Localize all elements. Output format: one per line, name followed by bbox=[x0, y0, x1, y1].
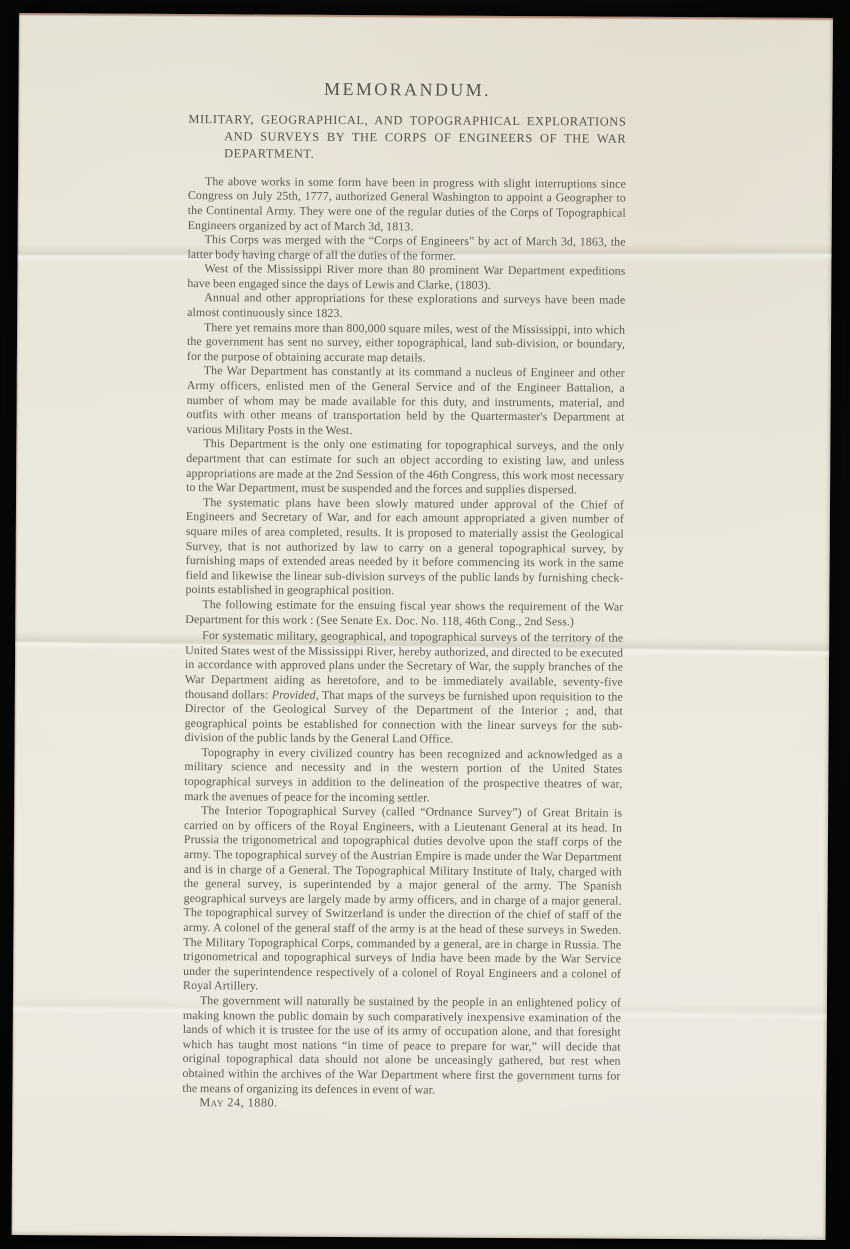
memo-paragraph-8: The systematic plans have been slowly ma… bbox=[185, 495, 624, 600]
memo-paragraph-7: This Department is the only one estimati… bbox=[186, 436, 624, 497]
memorandum-sheet: MEMORANDUM. MILITARY, GEOGRAPHICAL, AND … bbox=[12, 13, 833, 1240]
memo-paragraph-1: The above works in some form have been i… bbox=[188, 174, 626, 235]
memo-paragraph-5: There yet remains more than 800,000 squa… bbox=[187, 320, 625, 366]
memo-paragraph-11: Topography in every civilized country ha… bbox=[184, 745, 622, 806]
memo-subject-heading: MILITARY, GEOGRAPHICAL, AND TOPOGRAPHICA… bbox=[188, 111, 626, 164]
photo-backdrop: MEMORANDUM. MILITARY, GEOGRAPHICAL, AND … bbox=[0, 0, 850, 1249]
memo-paragraph-12: The Interior Topographical Survey (calle… bbox=[183, 803, 622, 995]
memo-paragraph-estimate: For systematic military, geographical, a… bbox=[185, 628, 624, 747]
provided-italic: Provided bbox=[272, 687, 316, 701]
memo-paragraph-6: The War Department has constantly at its… bbox=[186, 363, 624, 439]
memo-title: MEMORANDUM. bbox=[188, 77, 626, 102]
scan-photo: { "scan": { "background_color": "#0a0908… bbox=[0, 0, 850, 1249]
memo-paragraph-2: This Corps was merged with the “Corps of… bbox=[187, 232, 625, 264]
memo-date: May 24, 1880. bbox=[182, 1095, 620, 1112]
memo-paragraph-4: Annual and other appropriations for thes… bbox=[187, 291, 625, 323]
memo-paragraph-13: The government will naturally be sustain… bbox=[182, 993, 621, 1098]
memo-paragraph-3: West of the Mississippi River more than … bbox=[187, 261, 625, 293]
memo-paragraph-9: The following estimate for the ensuing f… bbox=[185, 597, 623, 629]
memo-content: MEMORANDUM. MILITARY, GEOGRAPHICAL, AND … bbox=[182, 77, 626, 1112]
